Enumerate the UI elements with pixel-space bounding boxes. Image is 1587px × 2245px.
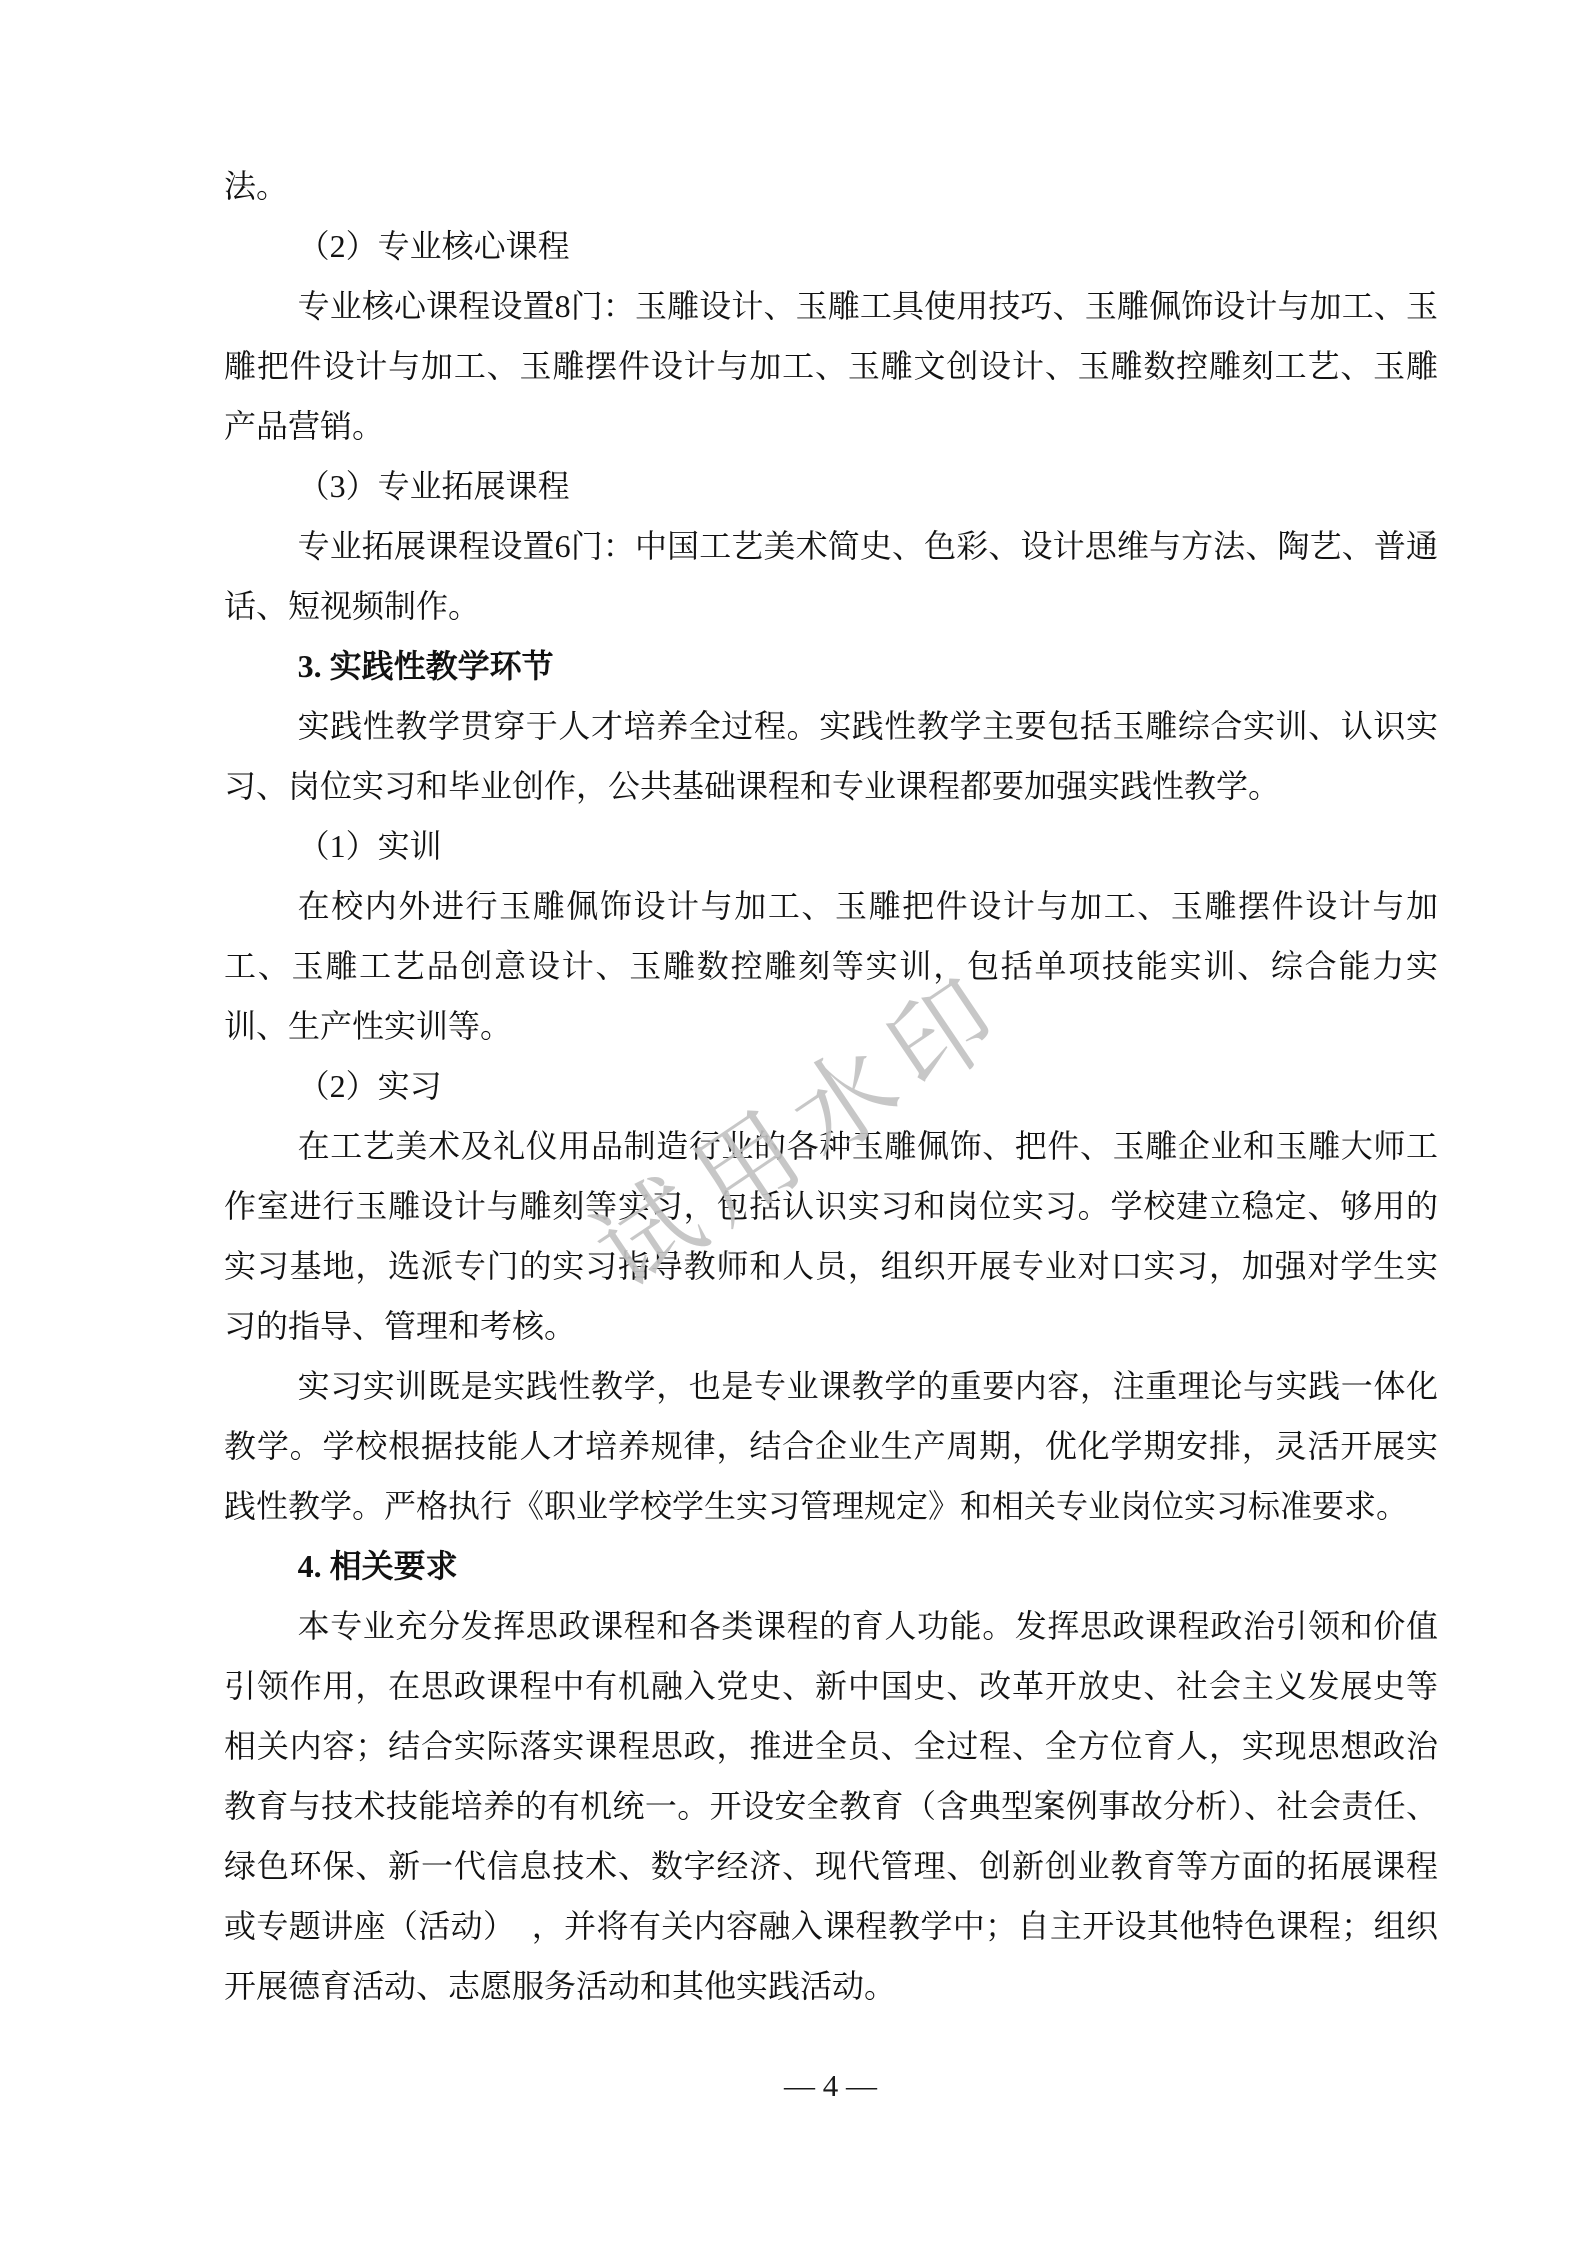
subheading-extension-courses: （3）专业拓展课程 bbox=[224, 456, 1438, 516]
subheading-training: （1）实训 bbox=[224, 816, 1438, 876]
paragraph-continuation: 法。 bbox=[224, 156, 1438, 216]
document-body: 法。 （2）专业核心课程 专业核心课程设置8门：玉雕设计、玉雕工具使用技巧、玉雕… bbox=[224, 156, 1438, 2016]
paragraph-related-requirements: 本专业充分发挥思政课程和各类课程的育人功能。发挥思政课程政治引领和价值引领作用，… bbox=[224, 1596, 1438, 2016]
paragraph-internship: 在工艺美术及礼仪用品制造行业的各种玉雕佩饰、把件、玉雕企业和玉雕大师工作室进行玉… bbox=[224, 1116, 1438, 1356]
document-page: 试用水印 法。 （2）专业核心课程 专业核心课程设置8门：玉雕设计、玉雕工具使用… bbox=[0, 0, 1587, 2245]
subheading-core-courses: （2）专业核心课程 bbox=[224, 216, 1438, 276]
section-heading-practical-teaching: 3. 实践性教学环节 bbox=[224, 636, 1438, 696]
paragraph-core-courses: 专业核心课程设置8门：玉雕设计、玉雕工具使用技巧、玉雕佩饰设计与加工、玉雕把件设… bbox=[224, 276, 1438, 456]
subheading-internship: （2）实习 bbox=[224, 1056, 1438, 1116]
paragraph-internship-teaching: 实习实训既是实践性教学，也是专业课教学的重要内容，注重理论与实践一体化教学。学校… bbox=[224, 1356, 1438, 1536]
section-heading-related-requirements: 4. 相关要求 bbox=[224, 1536, 1438, 1596]
paragraph-practical-teaching: 实践性教学贯穿于人才培养全过程。实践性教学主要包括玉雕综合实训、认识实习、岗位实… bbox=[224, 696, 1438, 816]
paragraph-extension-courses: 专业拓展课程设置6门：中国工艺美术简史、色彩、设计思维与方法、陶艺、普通话、短视… bbox=[224, 516, 1438, 636]
paragraph-training: 在校内外进行玉雕佩饰设计与加工、玉雕把件设计与加工、玉雕摆件设计与加工、玉雕工艺… bbox=[224, 876, 1438, 1056]
page-number: — 4 — bbox=[0, 2068, 1587, 2104]
